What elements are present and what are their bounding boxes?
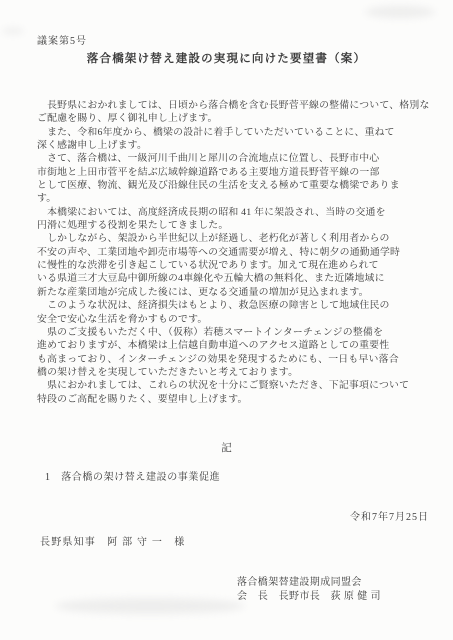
body-line: 進めておりますが、本橋梁は上信越自動車道へのアクセス道路としての重要性 <box>37 339 429 352</box>
body-line: 安全で安心な生活を脅かすものです。 <box>37 313 429 326</box>
scan-artifact <box>55 598 245 614</box>
body-line: す。 <box>37 192 429 205</box>
body-line: 市街地と上田市菅平を結ぶ広域幹線道路である主要地方道長野菅平線の一部 <box>37 166 429 179</box>
body-line: 本橋梁においては、高度経済成長期の昭和 41 年に架設され、当時の交通を <box>37 206 429 219</box>
body-line: このような状況は、経済損失はもとより、救急医療の障害として地域住民の <box>37 299 429 312</box>
document-title: 落合橋架け替え建設の実現に向けた要望書（案） <box>0 50 453 66</box>
signature-block: 落合橋架替建設期成同盟会 会 長 長野市長 荻 原 健 司 <box>237 576 381 603</box>
body-line: ご配慮を賜り、厚く御礼申し上げます。 <box>37 112 429 125</box>
record-marker: 記 <box>0 440 453 455</box>
request-item: 1 落合橋の架け替え建設の事業促進 <box>45 468 220 483</box>
document-body: 長野県におかれましては、日頃から落合橋を含む長野菅平線の整備について、格別な ご… <box>37 99 429 406</box>
body-line: 新たな産業団地が完成した後には、更なる交通量の増加が見込まれます。 <box>37 286 429 299</box>
body-line: また、令和6年度から、橋梁の設計に着手していただいていることに、重ねて <box>37 126 429 139</box>
body-line: も高まっており、インターチェンジの効果を発現するためにも、一日も早い落合 <box>37 353 429 366</box>
body-line: に慢性的な渋滞を引き起こしている状況であります。加えて現在進められて <box>37 259 429 272</box>
body-line: しかしながら、架設から半世紀以上が経過し、老朽化が著しく利用者からの <box>37 232 429 245</box>
addressee: 長野県知事 阿 部 守 一 様 <box>40 533 186 548</box>
scan-artifact <box>365 6 435 18</box>
body-line: として医療、物流、観光及び沿線住民の生活を支える極めて重要な橋梁でありま <box>37 179 429 192</box>
body-line: 深く感謝申し上げます。 <box>37 139 429 152</box>
body-line: いる県道三才大豆島中御所線の4車線化や五輪大橋の無料化、また近隣地域に <box>37 272 429 285</box>
body-line: 長野県におかれましては、日頃から落合橋を含む長野菅平線の整備について、格別な <box>37 99 429 112</box>
body-line: 県におかれましては、これらの状況を十分にご賢察いただき、下記事項について <box>37 379 429 392</box>
doc-number: 議案第5号 <box>37 32 87 47</box>
body-line: 不安の声や、工業団地や卸売市場等への交通需要が増え、特に朝夕の通勤通学時 <box>37 246 429 259</box>
signature-representative: 会 長 長野市長 荻 原 健 司 <box>237 590 381 604</box>
body-line: 県のご支援もいただく中、（仮称）若穂スマートインターチェンジの整備を <box>37 326 429 339</box>
scanned-document-page: 議案第5号 落合橋架け替え建設の実現に向けた要望書（案） 長野県におかれましては… <box>0 0 453 640</box>
body-line: 橋の架け替えを実現していただきたいと考えております。 <box>37 366 429 379</box>
body-line: 特段のご高配を賜りたく、要望申し上げます。 <box>37 393 429 406</box>
body-line: さて、落合橋は、一級河川千曲川と犀川の合流地点に位置し、長野市中心 <box>37 152 429 165</box>
body-line: 円滑に処理する役割を果たしてきました。 <box>37 219 429 232</box>
document-date: 令和7年7月25日 <box>350 508 429 523</box>
scan-artifact <box>2 28 24 34</box>
signature-organization: 落合橋架替建設期成同盟会 <box>237 576 381 590</box>
